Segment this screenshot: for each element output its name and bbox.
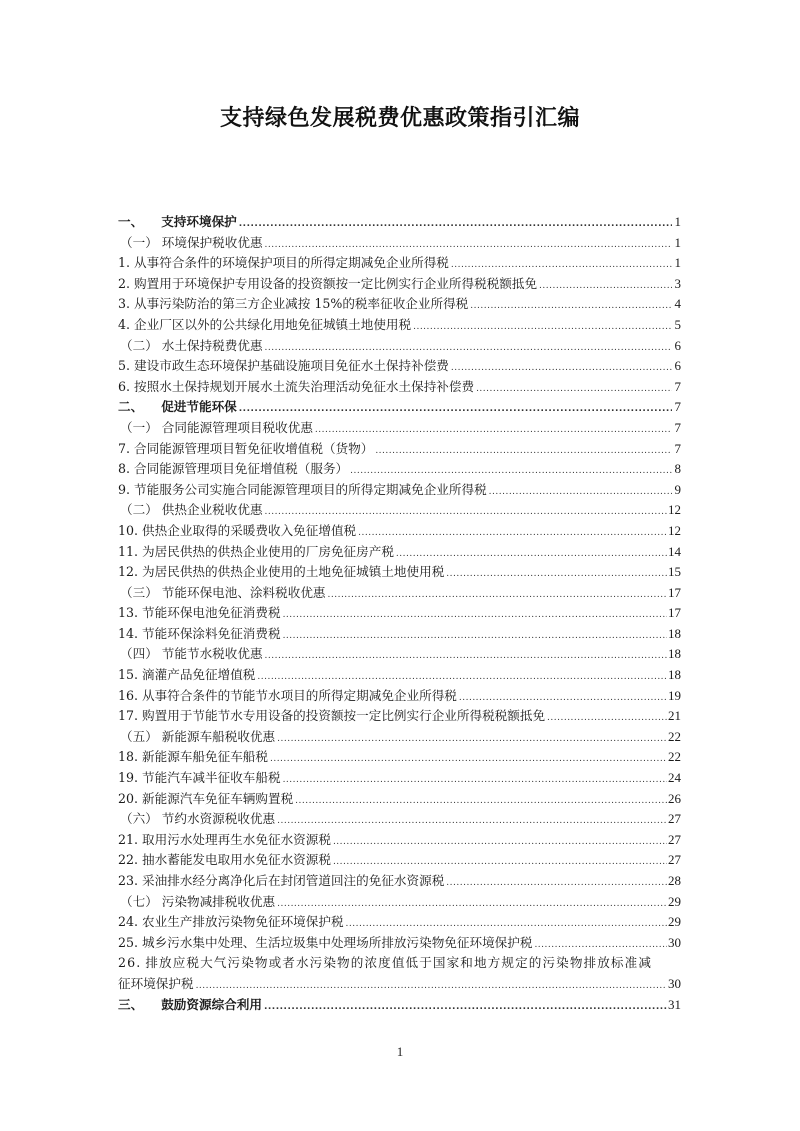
toc-page-number: 18 <box>668 624 681 645</box>
toc-section[interactable]: （七）污染物减排税收优惠29 <box>118 892 681 913</box>
toc-entry-text-continued: 征环境保护税 <box>118 974 195 995</box>
toc-entry-number: 9. <box>118 482 130 497</box>
toc-page-number: 27 <box>668 850 681 871</box>
toc-entry-label: 二、促进节能环保 <box>118 397 238 418</box>
dot-leader <box>257 667 667 686</box>
toc-page-number: 9 <box>673 480 681 501</box>
toc-item[interactable]: 1.从事符合条件的环境保护项目的所得定期减免企业所得税1 <box>118 253 681 274</box>
toc-item[interactable]: 20.新能源汽车免征车辆购置税26 <box>118 789 681 810</box>
toc-entry-text: 节约水资源税收优惠 <box>162 811 275 826</box>
toc-entry-label: 17.购置用于节能节水专用设备的投资额按一定比例实行企业所得税税额抵免 <box>118 706 546 727</box>
toc-entry-text: 污染物减排税收优惠 <box>162 894 275 909</box>
toc-page-number: 12 <box>668 521 681 542</box>
toc-page-number: 22 <box>668 727 681 748</box>
toc-entry-label: 8.合同能源管理项目免征增值税（服务） <box>118 459 349 480</box>
toc-entry-text: 合同能源管理项目免征增值税（服务） <box>134 461 348 476</box>
toc-entry-text: 排放应税大气污染物或者水污染物的浓度值低于国家和地方规定的污染物排放标准减 <box>145 955 652 970</box>
dot-leader <box>459 688 667 707</box>
toc-item[interactable]: 2.购置用于环境保护专用设备的投资额按一定比例实行企业所得税税额抵免3 <box>118 274 681 295</box>
toc-item[interactable]: 16.从事符合条件的节能节水项目的所得定期减免企业所得税19 <box>118 686 681 707</box>
dot-leader <box>196 976 667 995</box>
dot-leader <box>295 791 667 810</box>
dot-leader <box>446 873 667 892</box>
toc-item[interactable]: 11.为居民供热的供热企业使用的厂房免征房产税14 <box>118 542 681 563</box>
toc-entry-number: 8. <box>118 461 130 476</box>
toc-item[interactable]: 10.供热企业取得的采暖费收入免征增值税12 <box>118 521 681 542</box>
dot-leader <box>265 338 672 357</box>
dot-leader <box>451 358 672 377</box>
toc-entry-label: 25.城乡污水集中处理、生活垃圾集中处理场所排放污染物免征环境保护税 <box>118 933 533 954</box>
toc-item[interactable]: 21.取用污水处理再生水免征水资源税27 <box>118 830 681 851</box>
toc-entry-label: 11.为居民供热的供热企业使用的厂房免征房产税 <box>118 542 395 563</box>
toc-entry-number: 17. <box>118 708 138 723</box>
toc-entry-text: 农业生产排放污染物免征环境保护税 <box>142 914 344 929</box>
toc-entry-label: 14.节能环保涂料免征消费税 <box>118 624 282 645</box>
toc-item[interactable]: 17.购置用于节能节水专用设备的投资额按一定比例实行企业所得税税额抵免21 <box>118 706 681 727</box>
toc-entry-label: 1.从事符合条件的环境保护项目的所得定期减免企业所得税 <box>118 253 450 274</box>
toc-entry-label: 3.从事污染防治的第三方企业减按 15%的税率征收企业所得税 <box>118 294 469 315</box>
toc-entry-number: 一、 <box>118 214 143 229</box>
toc-entry-label: 一、支持环境保护 <box>118 212 238 233</box>
toc-page-number: 7 <box>673 439 681 460</box>
toc-entry-text: 支持环境保护 <box>161 214 237 229</box>
toc-section[interactable]: （四）节能节水税收优惠18 <box>118 644 681 665</box>
toc-entry-text: 环境保护税收优惠 <box>162 235 263 250</box>
toc-entry-number: 13. <box>118 605 138 620</box>
toc-entry-number: 20. <box>118 791 138 806</box>
toc-page-number: 14 <box>668 542 681 563</box>
toc-page-number: 17 <box>668 583 681 604</box>
toc-entry-number: 10. <box>118 523 138 538</box>
dot-leader <box>446 564 667 583</box>
toc-entry-number: 18. <box>118 749 138 764</box>
toc-item[interactable]: 24.农业生产排放污染物免征环境保护税29 <box>118 912 681 933</box>
toc-page-number: 7 <box>673 377 681 398</box>
toc-item[interactable]: 19.节能汽车减半征收车船税24 <box>118 768 681 789</box>
toc-entry-text: 按照水土保持规划开展水土流失治理活动免征水土保持补偿费 <box>134 379 474 394</box>
toc-page-number: 18 <box>668 665 681 686</box>
toc-entry-text: 合同能源管理项目暂免征收增值税（货物） <box>134 441 373 456</box>
toc-item[interactable]: 22.抽水蓄能发电取用水免征水资源税27 <box>118 850 681 871</box>
toc-entry-text: 城乡污水集中处理、生活垃圾集中处理场所排放污染物免征环境保护税 <box>142 935 532 950</box>
dot-leader <box>283 770 667 789</box>
dot-leader <box>328 585 668 604</box>
toc-entry-number: 三、 <box>118 997 143 1012</box>
toc-entry-label: 23.采油排水经分离净化后在封闭管道回注的免征水资源税 <box>118 871 445 892</box>
toc-item[interactable]: 6.按照水土保持规划开展水土流失治理活动免征水土保持补偿费7 <box>118 377 681 398</box>
toc-entry-text: 购置用于节能节水专用设备的投资额按一定比例实行企业所得税税额抵免 <box>142 708 545 723</box>
toc-entry-label: （三）节能环保电池、涂料税收优惠 <box>120 583 327 604</box>
toc-page-number: 4 <box>673 294 681 315</box>
toc-page-number: 1 <box>673 212 681 233</box>
toc-entry-number: （一） <box>120 420 158 435</box>
toc-item[interactable]: 25.城乡污水集中处理、生活垃圾集中处理场所排放污染物免征环境保护税30 <box>118 933 681 954</box>
dot-leader <box>265 235 672 254</box>
toc-entry-text: 从事符合条件的节能节水项目的所得定期减免企业所得税 <box>142 688 457 703</box>
toc-page-number: 27 <box>668 809 681 830</box>
toc-entry-label: 26.排放应税大气污染物或者水污染物的浓度值低于国家和地方规定的污染物排放标准减 <box>118 953 681 974</box>
toc-entry-label: （六）节约水资源税收优惠 <box>120 809 276 830</box>
toc-page-number: 22 <box>668 747 681 768</box>
table-of-contents: 一、支持环境保护1（一）环境保护税收优惠11.从事符合条件的环境保护项目的所得定… <box>118 212 681 1015</box>
toc-entry-label: 5.建设市政生态环境保护基础设施项目免征水土保持补偿费 <box>118 356 450 377</box>
toc-entry-label: 10.供热企业取得的采暖费收入免征增值税 <box>118 521 357 542</box>
dot-leader <box>547 708 667 727</box>
toc-page-number: 17 <box>668 603 681 624</box>
toc-entry-label: （二）供热企业税收优惠 <box>120 500 264 521</box>
dot-leader <box>539 276 672 295</box>
toc-entry-number: 3. <box>118 296 130 311</box>
toc-entry-label: 16.从事符合条件的节能节水项目的所得定期减免企业所得税 <box>118 686 458 707</box>
toc-page-number: 26 <box>668 789 681 810</box>
toc-item[interactable]: 18.新能源车船免征车船税22 <box>118 747 681 768</box>
toc-entry-text: 水土保持税费优惠 <box>162 338 263 353</box>
toc-entry-number: （五） <box>120 729 158 744</box>
toc-entry-label: 19.节能汽车减半征收车船税 <box>118 768 282 789</box>
toc-entry-number: 23. <box>118 873 138 888</box>
toc-entry-label: 三、鼓励资源综合利用 <box>118 995 263 1016</box>
toc-page-number: 15 <box>668 562 681 583</box>
toc-section[interactable]: （二）供热企业税收优惠12 <box>118 500 681 521</box>
toc-page-number: 18 <box>668 644 681 665</box>
dot-leader <box>315 420 672 439</box>
toc-section[interactable]: （二）水土保持税费优惠6 <box>118 336 681 357</box>
toc-section[interactable]: （一）合同能源管理项目税收优惠7 <box>118 418 681 439</box>
toc-item[interactable]: 15.滴灌产品免征增值税18 <box>118 665 681 686</box>
toc-entry-text: 滴灌产品免征增值税 <box>142 667 255 682</box>
toc-entry-text: 为居民供热的供热企业使用的土地免征城镇土地使用税 <box>142 564 444 579</box>
page-number: 1 <box>0 1044 800 1060</box>
toc-entry-number: 5. <box>118 358 130 373</box>
toc-entry-text: 采油排水经分离净化后在封闭管道回注的免征水资源税 <box>142 873 444 888</box>
toc-item[interactable]: 9.节能服务公司实施合同能源管理项目的所得定期减免企业所得税9 <box>118 480 681 501</box>
toc-entry-label: 4.企业厂区以外的公共绿化用地免征城镇土地使用税 <box>118 315 412 336</box>
toc-entry-number: 2. <box>118 276 130 291</box>
toc-page-number: 5 <box>673 315 681 336</box>
toc-entry-text: 鼓励资源综合利用 <box>161 997 262 1012</box>
toc-entry-text: 供热企业取得的采暖费收入免征增值税 <box>142 523 356 538</box>
dot-leader <box>375 441 672 460</box>
toc-entry-text: 合同能源管理项目税收优惠 <box>162 420 313 435</box>
toc-entry-number: （二） <box>120 502 158 517</box>
toc-entry-number: 4. <box>118 317 130 332</box>
toc-chapter[interactable]: 二、促进节能环保7 <box>118 397 681 418</box>
toc-entry-label: 2.购置用于环境保护专用设备的投资额按一定比例实行企业所得税税额抵免 <box>118 274 538 295</box>
toc-page-number: 29 <box>668 892 681 913</box>
toc-page-number: 6 <box>673 356 681 377</box>
dot-leader <box>265 502 667 521</box>
dot-leader <box>239 214 672 233</box>
toc-entry-label: （七）污染物减排税收优惠 <box>120 892 276 913</box>
dot-leader <box>264 997 667 1016</box>
toc-entry-text: 节能环保电池免征消费税 <box>142 605 281 620</box>
toc-entry-number: 12. <box>118 564 138 579</box>
dot-leader <box>333 832 667 851</box>
toc-entry-label: 18.新能源车船免征车船税 <box>118 747 269 768</box>
dot-leader <box>358 523 667 542</box>
toc-page-number: 1 <box>673 253 681 274</box>
toc-entry-label: 12.为居民供热的供热企业使用的土地免征城镇土地使用税 <box>118 562 445 583</box>
dot-leader <box>489 482 672 501</box>
dot-leader <box>265 646 667 665</box>
dot-leader <box>534 935 667 954</box>
toc-page-number: 27 <box>668 830 681 851</box>
toc-entry-number: 16. <box>118 688 138 703</box>
toc-entry-label: 22.抽水蓄能发电取用水免征水资源税 <box>118 850 332 871</box>
dot-leader <box>451 255 672 274</box>
toc-entry-number: （三） <box>120 585 158 600</box>
toc-entry-text: 供热企业税收优惠 <box>162 502 263 517</box>
toc-item[interactable]: 3.从事污染防治的第三方企业减按 15%的税率征收企业所得税4 <box>118 294 681 315</box>
toc-section[interactable]: （三）节能环保电池、涂料税收优惠17 <box>118 583 681 604</box>
page-title: 支持绿色发展税费优惠政策指引汇编 <box>0 101 800 132</box>
dot-leader <box>277 729 667 748</box>
toc-entry-text: 节能汽车减半征收车船税 <box>142 770 281 785</box>
toc-entry-text: 新能源汽车免征车辆购置税 <box>142 791 293 806</box>
toc-section[interactable]: （六）节约水资源税收优惠27 <box>118 809 681 830</box>
toc-entry-text: 节能节水税收优惠 <box>162 646 263 661</box>
toc-page-number: 28 <box>668 871 681 892</box>
toc-page-number: 24 <box>668 768 681 789</box>
toc-entry-text: 节能环保电池、涂料税收优惠 <box>162 585 326 600</box>
toc-entry-number: 11. <box>118 544 138 559</box>
toc-entry-label: （五）新能源车船税收优惠 <box>120 727 276 748</box>
toc-entry-text: 企业厂区以外的公共绿化用地免征城镇土地使用税 <box>134 317 411 332</box>
toc-entry-number: （二） <box>120 338 158 353</box>
toc-entry-number: 7. <box>118 441 130 456</box>
toc-entry-number: 24. <box>118 914 138 929</box>
toc-page-number: 7 <box>673 418 681 439</box>
toc-page-number: 8 <box>673 459 681 480</box>
toc-page-number: 21 <box>668 706 681 727</box>
toc-entry-label: （一）合同能源管理项目税收优惠 <box>120 418 314 439</box>
toc-entry-label: 6.按照水土保持规划开展水土流失治理活动免征水土保持补偿费 <box>118 377 475 398</box>
dot-leader <box>283 605 667 624</box>
toc-item[interactable]: 8.合同能源管理项目免征增值税（服务）8 <box>118 459 681 480</box>
toc-item[interactable]: 4.企业厂区以外的公共绿化用地免征城镇土地使用税5 <box>118 315 681 336</box>
toc-entry-number: （七） <box>120 894 158 909</box>
toc-page-number: 29 <box>668 912 681 933</box>
toc-entry-text: 促进节能环保 <box>161 399 237 414</box>
toc-chapter[interactable]: 一、支持环境保护1 <box>118 212 681 233</box>
toc-item[interactable]: 26.排放应税大气污染物或者水污染物的浓度值低于国家和地方规定的污染物排放标准减… <box>118 953 681 994</box>
toc-entry-text: 抽水蓄能发电取用水免征水资源税 <box>142 852 331 867</box>
toc-entry-number: 19. <box>118 770 138 785</box>
toc-page-number: 30 <box>668 933 681 954</box>
toc-entry-text: 从事污染防治的第三方企业减按 15%的税率征收企业所得税 <box>134 296 468 311</box>
dot-leader <box>283 626 667 645</box>
toc-entry-number: 26. <box>118 955 141 970</box>
toc-entry-label: 21.取用污水处理再生水免征水资源税 <box>118 830 332 851</box>
toc-entry-text: 节能服务公司实施合同能源管理项目的所得定期减免企业所得税 <box>134 482 487 497</box>
toc-entry-number: 15. <box>118 667 138 682</box>
toc-entry-text: 取用污水处理再生水免征水资源税 <box>142 832 331 847</box>
toc-chapter[interactable]: 三、鼓励资源综合利用31 <box>118 995 681 1016</box>
dot-leader <box>396 544 667 563</box>
dot-leader <box>333 852 667 871</box>
dot-leader <box>346 914 667 933</box>
toc-item[interactable]: 14.节能环保涂料免征消费税18 <box>118 624 681 645</box>
toc-entry-label: 24.农业生产排放污染物免征环境保护税 <box>118 912 345 933</box>
toc-page-number: 7 <box>673 397 681 418</box>
dot-leader <box>413 317 672 336</box>
toc-item[interactable]: 12.为居民供热的供热企业使用的土地免征城镇土地使用税15 <box>118 562 681 583</box>
dot-leader <box>277 811 667 830</box>
dot-leader <box>350 461 672 480</box>
dot-leader <box>470 296 672 315</box>
toc-entry-number: 6. <box>118 379 130 394</box>
toc-entry-number: （六） <box>120 811 158 826</box>
toc-item[interactable]: 23.采油排水经分离净化后在封闭管道回注的免征水资源税28 <box>118 871 681 892</box>
toc-entry-number: 1. <box>118 255 130 270</box>
dot-leader <box>277 894 667 913</box>
toc-entry-text: 从事符合条件的环境保护项目的所得定期减免企业所得税 <box>134 255 449 270</box>
toc-entry-label: 13.节能环保电池免征消费税 <box>118 603 282 624</box>
toc-entry-number: 21. <box>118 832 138 847</box>
toc-page-number: 19 <box>668 686 681 707</box>
toc-page-number: 31 <box>668 995 681 1016</box>
toc-item[interactable]: 7.合同能源管理项目暂免征收增值税（货物）7 <box>118 439 681 460</box>
toc-entry-label: 20.新能源汽车免征车辆购置税 <box>118 789 294 810</box>
toc-entry-text: 购置用于环境保护专用设备的投资额按一定比例实行企业所得税税额抵免 <box>134 276 537 291</box>
toc-entry-text: 为居民供热的供热企业使用的厂房免征房产税 <box>142 544 394 559</box>
dot-leader <box>239 399 672 418</box>
toc-page-number: 30 <box>668 974 681 995</box>
toc-item[interactable]: 5.建设市政生态环境保护基础设施项目免征水土保持补偿费6 <box>118 356 681 377</box>
toc-entry-label: 7.合同能源管理项目暂免征收增值税（货物） <box>118 439 374 460</box>
toc-section[interactable]: （五）新能源车船税收优惠22 <box>118 727 681 748</box>
toc-page-number: 12 <box>668 500 681 521</box>
toc-entry-label: 9.节能服务公司实施合同能源管理项目的所得定期减免企业所得税 <box>118 480 488 501</box>
toc-entry-number: 14. <box>118 626 138 641</box>
toc-entry-number: （一） <box>120 235 158 250</box>
toc-page-number: 1 <box>673 233 681 254</box>
toc-entry-text: 新能源车船免征车船税 <box>142 749 268 764</box>
toc-entry-number: 25. <box>118 935 138 950</box>
toc-entry-label: 15.滴灌产品免征增值税 <box>118 665 256 686</box>
toc-entry-label: （四）节能节水税收优惠 <box>120 644 264 665</box>
dot-leader <box>270 749 667 768</box>
toc-entry-number: 22. <box>118 852 138 867</box>
toc-entry-text: 节能环保涂料免征消费税 <box>142 626 281 641</box>
toc-item[interactable]: 13.节能环保电池免征消费税17 <box>118 603 681 624</box>
toc-page-number: 6 <box>673 336 681 357</box>
dot-leader <box>476 379 672 398</box>
toc-entry-number: （四） <box>120 646 158 661</box>
toc-entry-text: 建设市政生态环境保护基础设施项目免征水土保持补偿费 <box>134 358 449 373</box>
toc-entry-label: （一）环境保护税收优惠 <box>120 233 264 254</box>
toc-entry-text: 新能源车船税收优惠 <box>162 729 275 744</box>
toc-page-number: 3 <box>673 274 681 295</box>
toc-entry-label: （二）水土保持税费优惠 <box>120 336 264 357</box>
toc-section[interactable]: （一）环境保护税收优惠1 <box>118 233 681 254</box>
toc-entry-number: 二、 <box>118 399 143 414</box>
